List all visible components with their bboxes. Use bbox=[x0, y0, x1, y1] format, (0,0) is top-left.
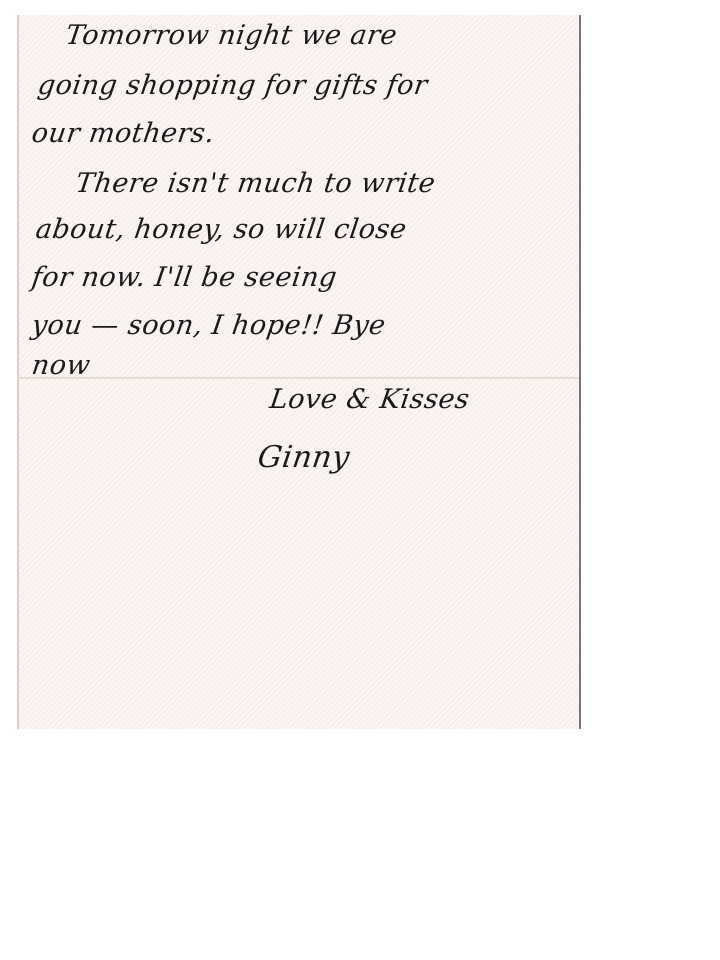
page-edge bbox=[579, 15, 581, 729]
letter-line: for now. I'll be seeing bbox=[30, 262, 339, 293]
letter-line: about, honey, so will close bbox=[34, 214, 409, 245]
letter-line: you — soon, I hope!! Bye bbox=[30, 310, 388, 341]
letter-line: now bbox=[30, 350, 93, 381]
closing: Love & Kisses bbox=[268, 384, 472, 415]
letter-line: our mothers. bbox=[30, 118, 217, 149]
signature: Ginny bbox=[256, 440, 353, 475]
letter-line: Tomorrow night we are bbox=[64, 20, 399, 51]
fold-crease bbox=[17, 377, 579, 379]
letter-line: There isn't much to write bbox=[74, 168, 438, 199]
letter-line: going shopping for gifts for bbox=[36, 70, 430, 101]
